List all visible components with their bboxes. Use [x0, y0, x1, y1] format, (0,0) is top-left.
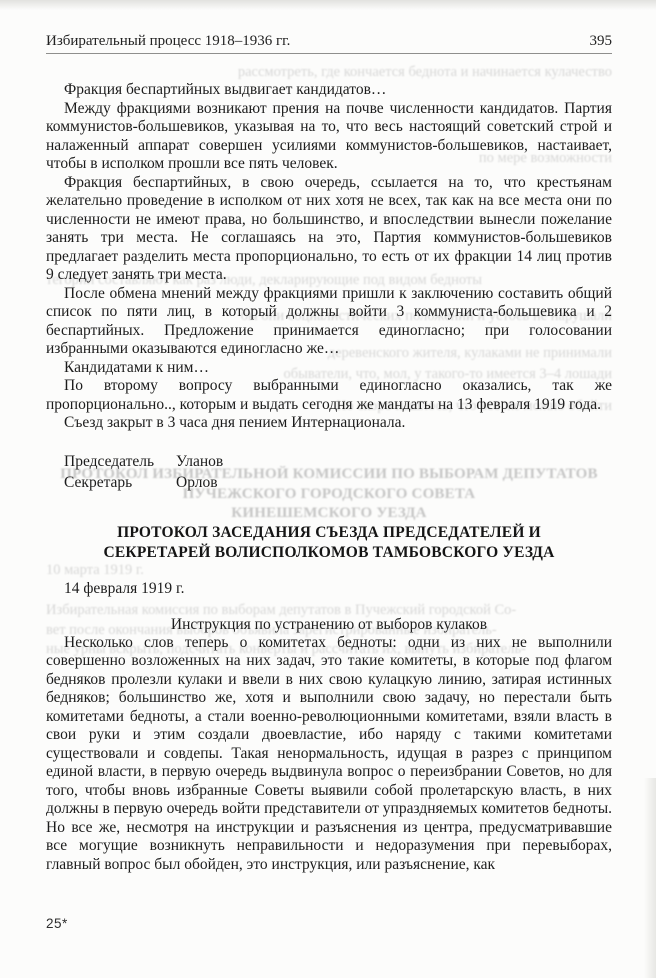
- signature-row: Председатель Уланов: [64, 451, 612, 472]
- paragraph: После обмена мнений между фракциями приш…: [46, 285, 612, 359]
- paragraph: Съезд закрыт в 3 часа дня пением Интерна…: [46, 414, 612, 433]
- signature-row: Секретарь Орлов: [64, 472, 612, 493]
- scanned-book-page: рассмотреть, где кончается беднота и нач…: [0, 0, 656, 978]
- page-number: 395: [590, 33, 613, 50]
- paragraph: Фракция беспартийных, в свою очередь, сс…: [46, 174, 612, 285]
- paragraph: Между фракциями возникают прения на почв…: [46, 100, 612, 174]
- paragraph: По второму вопросу выбранными единогласн…: [46, 377, 612, 414]
- document-date: 14 февраля 1919 г.: [46, 580, 612, 598]
- document-subtitle: Инструкция по устранению от выборов кула…: [46, 616, 612, 634]
- signature-role: Секретарь: [64, 472, 176, 493]
- document-protocol-excerpt: Фракция беспартийных выдвигает кандидато…: [46, 81, 612, 493]
- paragraph: Кандидатами к ним…: [46, 359, 612, 378]
- document-protocol-tambov: ПРОТОКОЛ ЗАСЕДАНИЯ СЪЕЗДА ПРЕДСЕДАТЕЛЕЙ …: [46, 523, 612, 875]
- printers-signature-mark: 25*: [46, 916, 68, 931]
- paragraph: Фракция беспартийных выдвигает кандидато…: [46, 81, 612, 100]
- running-head: Избирательный процесс 1918–1936 гг. 395: [46, 33, 612, 50]
- signature-role: Председатель: [64, 451, 176, 472]
- signature-name: Уланов: [176, 451, 223, 472]
- header-rule: [46, 53, 612, 54]
- running-head-title: Избирательный процесс 1918–1936 гг.: [46, 33, 290, 50]
- paragraph: Несколько слов теперь о комитетах беднот…: [46, 634, 612, 875]
- signature-name: Орлов: [176, 472, 218, 493]
- document-title: ПРОТОКОЛ ЗАСЕДАНИЯ СЪЕЗДА ПРЕДСЕДАТЕЛЕЙ …: [69, 523, 589, 563]
- signature-block: Председатель Уланов Секретарь Орлов: [64, 451, 612, 493]
